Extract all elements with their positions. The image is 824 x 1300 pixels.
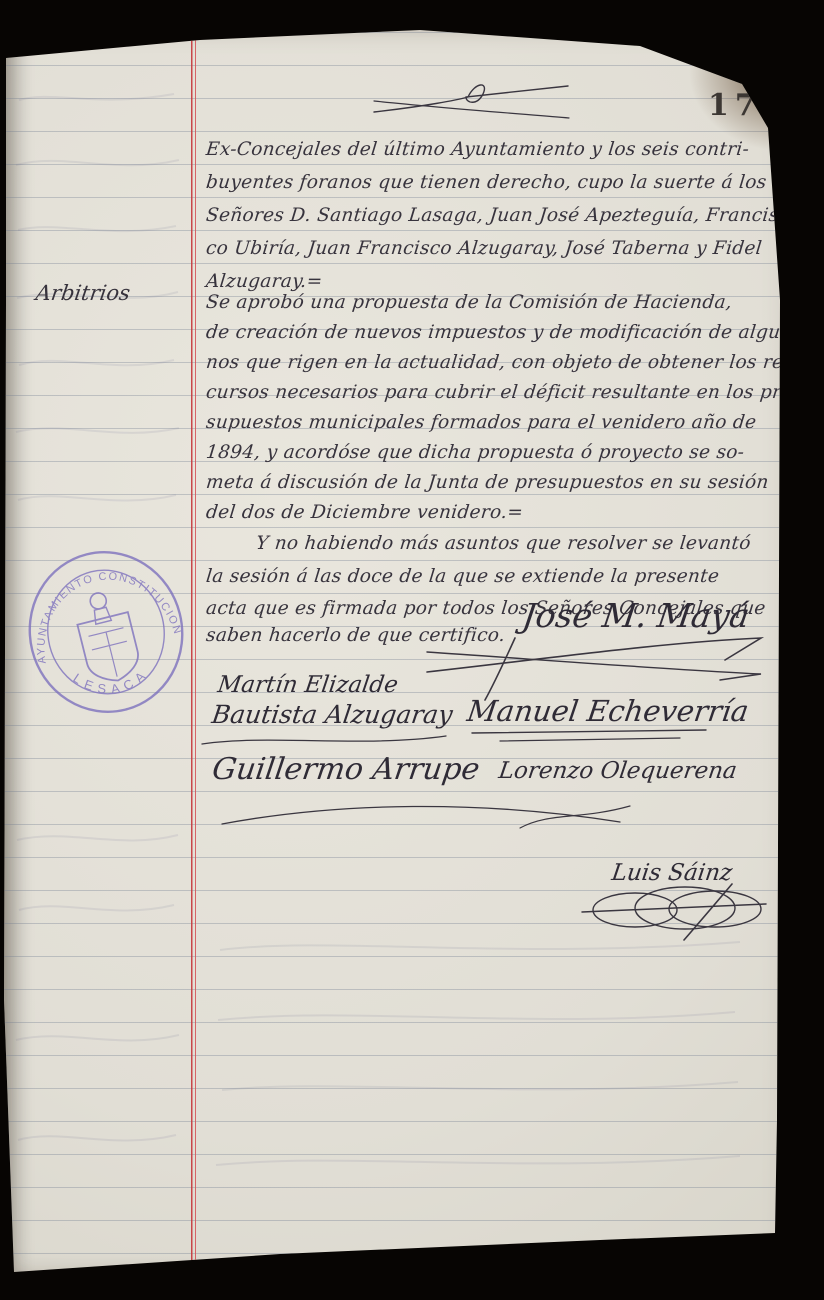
photographed-minute-book-page: { "page": { "number": "17", "margin_note… [0,0,824,1300]
councillor-signature: Lorenzo Olequerena [497,758,739,784]
manuscript-line: nos que rigen en la actualidad, con obje… [205,352,791,373]
rubric-flourish-icon [580,882,770,942]
manuscript-line: Y no habiendo más asuntos que resolver s… [255,533,752,554]
manuscript-line: cursos necesarios para cubrir el déficit… [205,382,800,403]
signature-flourish-icon [470,728,710,746]
ink-showthrough-decoration [210,930,750,1230]
paraph-flourish-icon [372,78,572,124]
manuscript-line: meta á discusión de la Junta de presupue… [205,472,770,493]
manuscript-line: 1894, y acordóse que dicha propuesta ó p… [205,442,745,463]
manuscript-line: buyentes foranos que tienen derecho, cup… [205,172,768,193]
page-number: 17 [708,88,762,123]
councillor-signature: Martín Elizalde [216,672,400,698]
manuscript-line: la sesión á las doce de la que se extien… [205,566,720,587]
signature-flourish-icon [200,730,450,750]
margin-note: Arbitrios [34,281,131,305]
manuscript-line: co Ubiría, Juan Francisco Alzugaray, Jos… [205,238,763,259]
signature-flourish-icon [220,792,640,832]
manuscript-line: Señores D. Santiago Lasaga, Juan José Ap… [205,205,786,226]
manuscript-line: de creación de nuevos impuestos y de mod… [205,322,788,343]
councillor-signature: Manuel Echeverría [465,694,751,728]
paper-sheet: 17 Arbitrios Ex-Concejales del último Ay… [0,0,824,1300]
manuscript-line: Alzugaray.= [205,271,324,292]
councillor-signature: Guillermo Arrupe [210,752,482,787]
manuscript-line: del dos de Diciembre venidero.= [205,502,524,523]
councillor-signature: Bautista Alzugaray [210,700,454,729]
signature-flourish-icon [425,630,765,685]
manuscript-line: Se aprobó una propuesta de la Comisión d… [205,292,733,313]
manuscript-line: supuestos municipales formados para el v… [205,412,757,433]
manuscript-line: Ex-Concejales del último Ayuntamiento y … [205,139,750,160]
